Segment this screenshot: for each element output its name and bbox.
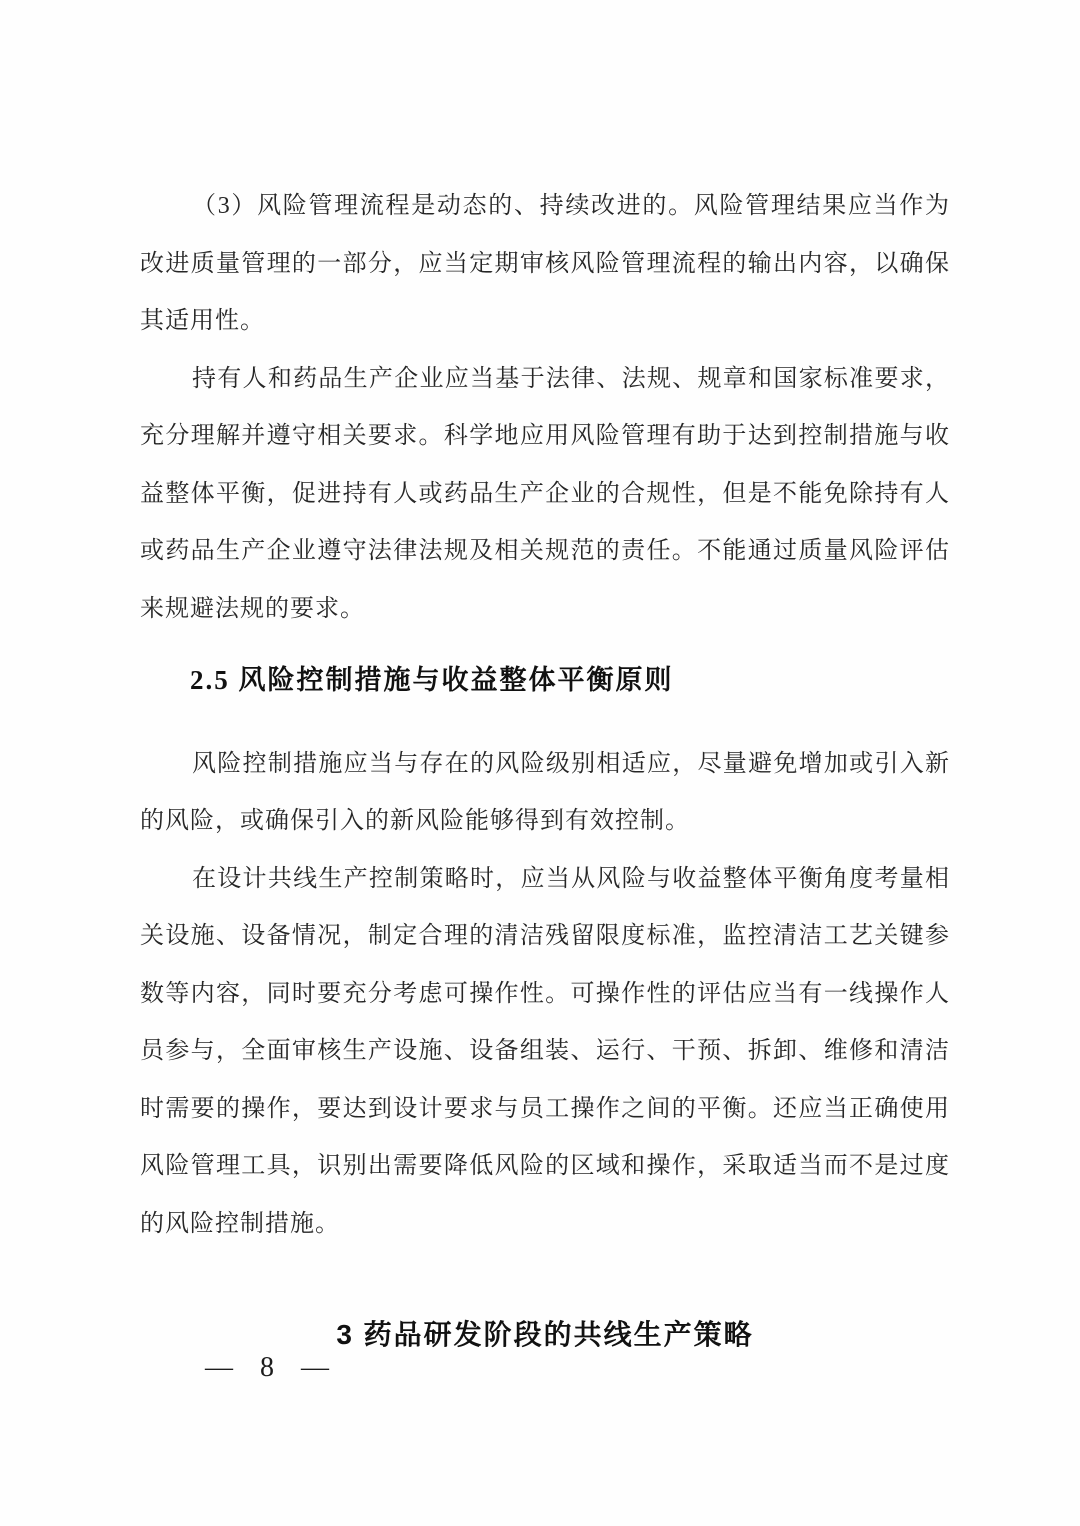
text-line: 改进质量管理的一部分，应当定期审核风险管理流程的输出内容，以确保 bbox=[140, 236, 950, 294]
text-line: 风险管理工具，识别出需要降低风险的区域和操作，采取适当而不是过度 bbox=[140, 1138, 950, 1196]
paragraph-holder-compliance: 持有人和药品生产企业应当基于法律、法规、规章和国家标准要求， 充分理解并遵守相关… bbox=[140, 351, 950, 639]
text-line: 持有人和药品生产企业应当基于法律、法规、规章和国家标准要求， bbox=[140, 351, 950, 409]
text-line: 在设计共线生产控制策略时，应当从风险与收益整体平衡角度考量相 bbox=[140, 851, 950, 909]
text-line: 其适用性。 bbox=[140, 293, 950, 351]
paragraph-risk-process: （3）风险管理流程是动态的、持续改进的。风险管理结果应当作为 改进质量管理的一部… bbox=[140, 178, 950, 351]
document-body: （3）风险管理流程是动态的、持续改进的。风险管理结果应当作为 改进质量管理的一部… bbox=[140, 178, 950, 1364]
text-line: （3）风险管理流程是动态的、持续改进的。风险管理结果应当作为 bbox=[140, 178, 950, 236]
paragraph-shared-line-strategy: 在设计共线生产控制策略时，应当从风险与收益整体平衡角度考量相 关设施、设备情况，… bbox=[140, 851, 950, 1254]
text-line: 的风险控制措施。 bbox=[140, 1196, 950, 1254]
section-heading-2-5: 2.5 风险控制措施与收益整体平衡原则 bbox=[140, 652, 950, 710]
text-line: 充分理解并遵守相关要求。科学地应用风险管理有助于达到控制措施与收 bbox=[140, 408, 950, 466]
text-line: 时需要的操作，要达到设计要求与员工操作之间的平衡。还应当正确使用 bbox=[140, 1081, 950, 1139]
document-page: （3）风险管理流程是动态的、持续改进的。风险管理结果应当作为 改进质量管理的一部… bbox=[0, 0, 1080, 1526]
paragraph-risk-control-level: 风险控制措施应当与存在的风险级别相适应，尽量避免增加或引入新 的风险，或确保引入… bbox=[140, 736, 950, 851]
text-line: 员参与，全面审核生产设施、设备组装、运行、干预、拆卸、维修和清洁 bbox=[140, 1023, 950, 1081]
text-line: 或药品生产企业遵守法律法规及相关规范的责任。不能通过质量风险评估 bbox=[140, 523, 950, 581]
text-line: 的风险，或确保引入的新风险能够得到有效控制。 bbox=[140, 793, 950, 851]
text-line: 益整体平衡，促进持有人或药品生产企业的合规性，但是不能免除持有人 bbox=[140, 466, 950, 524]
text-line: 风险控制措施应当与存在的风险级别相适应，尽量避免增加或引入新 bbox=[140, 736, 950, 794]
page-number: — 8 — bbox=[205, 1352, 339, 1384]
text-line: 来规避法规的要求。 bbox=[140, 581, 950, 639]
text-line: 数等内容，同时要充分考虑可操作性。可操作性的评估应当有一线操作人 bbox=[140, 966, 950, 1024]
text-line: 关设施、设备情况，制定合理的清洁残留限度标准，监控清洁工艺关键参 bbox=[140, 908, 950, 966]
